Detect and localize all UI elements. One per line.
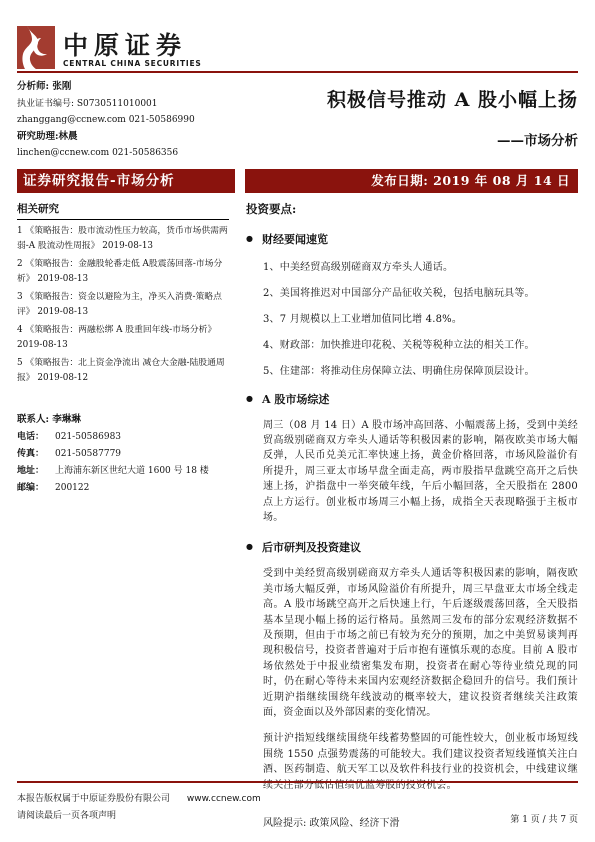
title-block: 积极信号推动 A 股小幅上扬 ——市场分析 xyxy=(327,73,578,162)
header-info: 分析师: 张刚 执业证书编号: S0730511010001 zhanggang… xyxy=(17,73,578,162)
analyst-block: 分析师: 张刚 执业证书编号: S0730511010001 zhanggang… xyxy=(17,73,195,162)
related-research-title: 相关研究 xyxy=(17,201,229,220)
outlook-paragraph-1: 受到中美经贸高级别磋商双方牵头人通话等积极因素的影响，隔夜欧美市场大幅反弹，市场… xyxy=(263,566,578,720)
assistant-name: 研究助理:林晨 xyxy=(17,129,195,146)
address-value: 上海浦东新区世纪大道 1600 号 18 楼 xyxy=(55,463,229,480)
header: 中原证券 CENTRAL CHINA SECURITIES xyxy=(17,0,578,69)
section-market-title: A 股市场综述 xyxy=(262,391,329,407)
related-research-item: 4 《策略报告：两融松绑 A 股重回年线-市场分析》 2019-08-13 xyxy=(17,323,229,354)
contact-person: 联系人: 李琳琳 xyxy=(17,411,229,425)
logo-swirl-icon xyxy=(17,26,55,69)
page-number: 第 1 页 / 共 7 页 xyxy=(510,812,578,825)
analyst-name: 分析师: 张刚 xyxy=(17,79,195,96)
sidebar: 相关研究 1 《策略报告：股市流动性压力较高，货币市场供需两弱-A 股流动性周报… xyxy=(17,201,229,830)
zip-label: 邮编： xyxy=(17,480,55,497)
analyst-contact: zhanggang@ccnew.com 021-50586990 xyxy=(17,112,195,129)
contact-row-phone: 电话： 021-50586983 xyxy=(17,429,229,446)
bullet-icon: ● xyxy=(246,543,253,551)
fax-label: 传真： xyxy=(17,446,55,463)
contact-row-fax: 传真： 021-50587779 xyxy=(17,446,229,463)
bullet-icon: ● xyxy=(246,235,253,243)
analyst-cert-no: 执业证书编号: S0730511010001 xyxy=(17,96,195,113)
company-name-cn: 中原证券 xyxy=(63,33,202,59)
footer-left: 本报告版权属于中原证券股份有限公司 www.ccnew.com 请阅读最后一页各… xyxy=(17,791,261,825)
section-outlook-header: ● 后市研判及投资建议 xyxy=(246,539,578,555)
footer-divider xyxy=(17,781,578,783)
phone-value: 021-50586983 xyxy=(55,429,229,446)
report-subtitle: ——市场分析 xyxy=(327,129,578,149)
market-summary-paragraph: 周三（08 月 14 日）A 股市场冲高回落、小幅震荡上扬，受到中美经贸高级别磋… xyxy=(263,418,578,526)
main-content: 投资要点: ● 财经要闻速览 1、中美经贸高级别磋商双方牵头人通话。 2、美国将… xyxy=(229,201,578,830)
company-logo xyxy=(17,26,55,69)
related-research-item: 1 《策略报告：股市流动性压力较高，货币市场供需两弱-A 股流动性周报》 201… xyxy=(17,224,229,255)
phone-label: 电话： xyxy=(17,429,55,446)
report-title: 积极信号推动 A 股小幅上扬 xyxy=(327,85,578,112)
contact-block: 联系人: 李琳琳 电话： 021-50586983 传真： 021-505877… xyxy=(17,411,229,497)
address-label: 地址： xyxy=(17,463,55,480)
copyright-line: 本报告版权属于中原证券股份有限公司 www.ccnew.com xyxy=(17,791,261,808)
zip-value: 200122 xyxy=(55,480,229,497)
assistant-contact: linchen@ccnew.com 021-50586356 xyxy=(17,145,195,162)
news-item: 1、中美经贸高级别磋商双方牵头人通话。 xyxy=(263,258,578,273)
fax-value: 021-50587779 xyxy=(55,446,229,463)
related-research-item: 3 《策略报告：资金以避险为主，净买入消费-策略点评》 2019-08-13 xyxy=(17,290,229,321)
contact-row-zip: 邮编： 200122 xyxy=(17,480,229,497)
related-research-item: 2 《策略报告：金融股轮番走低 A股震荡回落-市场分析》 2019-08-13 xyxy=(17,257,229,288)
body-columns: 相关研究 1 《策略报告：股市流动性压力较高，货币市场供需两弱-A 股流动性周报… xyxy=(17,201,578,830)
news-item: 3、7 月规模以上工业增加值同比增 4.8%。 xyxy=(263,310,578,325)
related-research-list: 1 《策略报告：股市流动性压力较高，货币市场供需两弱-A 股流动性周报》 201… xyxy=(17,224,229,387)
section-outlook-title: 后市研判及投资建议 xyxy=(262,539,361,555)
footer: 本报告版权属于中原证券股份有限公司 www.ccnew.com 请阅读最后一页各… xyxy=(17,781,578,825)
copyright-text: 本报告版权属于中原证券股份有限公司 xyxy=(17,794,170,804)
website-link: www.ccnew.com xyxy=(187,794,261,804)
logo-text: 中原证券 CENTRAL CHINA SECURITIES xyxy=(63,33,202,69)
banner-report-type: 证券研究报告-市场分析 xyxy=(17,169,235,193)
company-name-en: CENTRAL CHINA SECURITIES xyxy=(63,59,202,68)
bullet-icon: ● xyxy=(246,395,253,403)
related-research-item: 5 《策略报告：北上资金净流出 减仓大金融-陆股通周报》 2019-08-12 xyxy=(17,356,229,387)
report-page: 中原证券 CENTRAL CHINA SECURITIES 分析师: 张刚 执业… xyxy=(0,0,595,842)
section-news-header: ● 财经要闻速览 xyxy=(246,231,578,247)
report-banner: 证券研究报告-市场分析 发布日期: 2019 年 08 月 14 日 xyxy=(17,169,578,193)
contact-row-address: 地址： 上海浦东新区世纪大道 1600 号 18 楼 xyxy=(17,463,229,480)
news-item: 2、美国将推迟对中国部分产品征收关税，包括电脑玩具等。 xyxy=(263,284,578,299)
key-points-heading: 投资要点: xyxy=(246,201,578,217)
banner-gap xyxy=(235,169,245,193)
section-market-header: ● A 股市场综述 xyxy=(246,391,578,407)
section-news-title: 财经要闻速览 xyxy=(262,231,328,247)
banner-publish-date: 发布日期: 2019 年 08 月 14 日 xyxy=(245,169,578,193)
disclaimer-text: 请阅读最后一页各项声明 xyxy=(17,808,261,825)
footer-content: 本报告版权属于中原证券股份有限公司 www.ccnew.com 请阅读最后一页各… xyxy=(17,791,578,825)
news-item: 5、住建部：将推动住房保障立法、明确住房保障顶层设计。 xyxy=(263,362,578,377)
news-item: 4、财政部：加快推进印花税、关税等税种立法的相关工作。 xyxy=(263,336,578,351)
